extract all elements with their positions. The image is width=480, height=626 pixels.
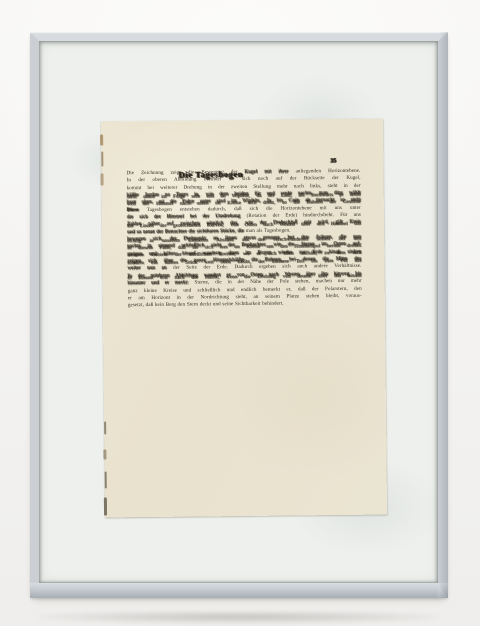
- torn-edge-mark: [104, 421, 106, 434]
- wall-shadow: [38, 612, 440, 623]
- legible-text: gesetzt, daß kein Berg den Stern deckt u…: [128, 301, 284, 309]
- book-page: 35 Die Tagesbogen Die Zeichnung zeigt di…: [101, 119, 387, 518]
- aluminium-frame: 35 Die Tagesbogen Die Zeichnung zeigt di…: [30, 32, 448, 598]
- frame-right-bevel: [438, 32, 448, 598]
- legible-text: anliegenden Horizontebene.: [296, 168, 361, 175]
- photograph-of-framed-artwork: 35 Die Tagesbogen Die Zeichnung zeigt di…: [0, 0, 480, 626]
- torn-edge-mark: [100, 173, 103, 185]
- backing-board: 35 Die Tagesbogen Die Zeichnung zeigt di…: [39, 41, 438, 583]
- frame-bottom-bevel: [30, 583, 448, 598]
- torn-edge-mark: [105, 471, 107, 488]
- overprinted-text: Diese: [127, 207, 139, 213]
- overprinted-text: und so nennt der Betrachter die sichtbar…: [127, 228, 244, 235]
- text-block: Die Zeichnung zeigt die Bewegung der Kug…: [126, 168, 361, 310]
- frame-top-highlight: [30, 32, 448, 34]
- torn-edge-mark: [104, 497, 107, 515]
- page-number: 35: [330, 158, 336, 164]
- legible-text: Die Zeichnung zeigt die Bewegung der: [126, 169, 237, 176]
- legible-text: Sterne, die in der Nähe der Pole stehen,…: [194, 278, 361, 286]
- legible-text: man als Tagesbogen.: [246, 227, 291, 233]
- legible-text: (Rotation der Erde) hindurchdreht. Für u…: [247, 212, 361, 219]
- text-line: gesetzt, daß kein Berg den Stern deckt u…: [128, 300, 362, 310]
- overprinted-text: hinunter und er merkt:: [128, 280, 189, 287]
- torn-edge-mark: [103, 449, 106, 459]
- overprinted-text: Kugel mit ihrer: [245, 169, 289, 175]
- torn-edge-mark: [101, 151, 103, 166]
- overprinted-text: weiter nun an: [127, 265, 166, 271]
- torn-edge-mark: [100, 134, 103, 145]
